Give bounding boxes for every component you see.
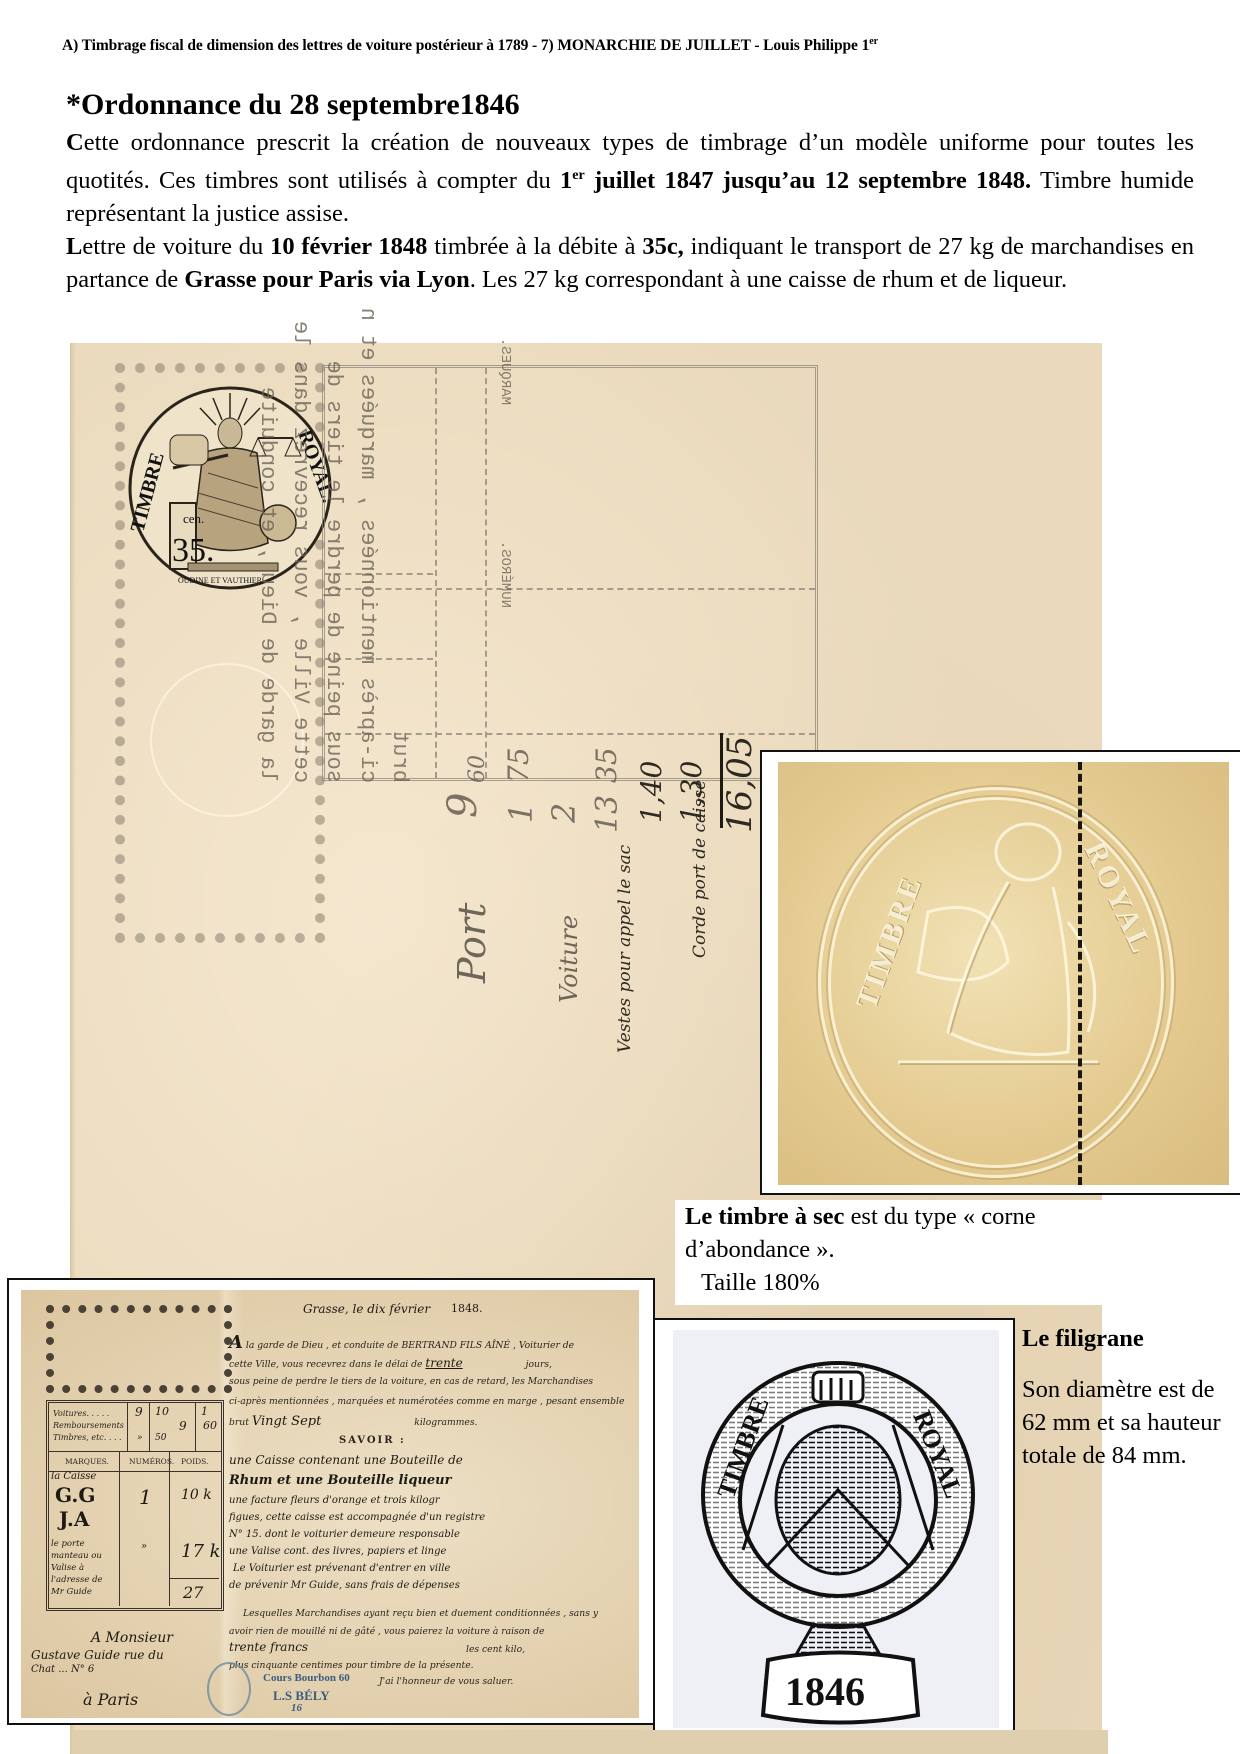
goods-line: Le Voiturier est prévenant d'entrer en v…	[233, 1563, 450, 1574]
date-start: 1er juillet 1847 jusqu’au 12 septembre 1…	[560, 167, 1031, 194]
page-title: *Ordonnance du 28 septembre1846	[66, 88, 520, 122]
body-line: sous peine de perdre le tiers de la voit…	[229, 1376, 593, 1387]
rate-unit: les cent kilo,	[466, 1644, 525, 1655]
reverse-grid-table	[322, 365, 818, 781]
hand-figure: 13	[590, 795, 625, 833]
charge-value: »	[137, 1433, 143, 1443]
body-line: cette Ville, vous recevrez dans le délai…	[229, 1356, 552, 1370]
goods-line: N° 15. dont le voiturier demeure respons…	[229, 1529, 460, 1540]
watermark-caption-text: Son diamètre est de 62 mm et sa hauteur …	[1022, 1373, 1222, 1472]
goods-line: une Valise cont. des livres, papiers et …	[229, 1546, 446, 1557]
charge-total: 60	[203, 1419, 217, 1432]
charge-label: Voitures. . . . .	[53, 1409, 109, 1418]
closing-line: Lesquelles Marchandises ayant reçu bien …	[243, 1608, 598, 1619]
intro-paragraph-1: Cette ordonnance prescrit la création de…	[66, 126, 1194, 230]
salutation: J'ai l'honneur de vous saluer.	[379, 1676, 513, 1687]
goods-line: une facture fleurs d'orange et trois kil…	[229, 1495, 440, 1506]
column-header: POIDS.	[181, 1457, 208, 1466]
header-text: A) Timbrage fiscal de dimension des lett…	[62, 37, 869, 54]
address-line: A Monsieur	[91, 1630, 173, 1646]
caption-bold: Le timbre à sec	[685, 1203, 844, 1230]
svg-text:35.: 35.	[172, 532, 215, 569]
body-line: ci-après mentionnées , marquées et numér…	[229, 1396, 624, 1407]
charges-table: Voitures. . . . . Remboursements . Timbr…	[46, 1400, 224, 1611]
column-header: NUMÉROS.	[129, 1457, 174, 1466]
goods-line: une Caisse contenant une Bouteille de	[229, 1453, 463, 1467]
year: 1848.	[451, 1302, 483, 1315]
caption-size: Taille 180%	[685, 1266, 1105, 1299]
route: Grasse pour Paris via Lyon	[184, 266, 469, 293]
watermark-caption-title: Le filigrane	[1022, 1322, 1222, 1355]
table-line	[169, 1578, 219, 1579]
goods-line: figues, cette caisse est accompagnée d'u…	[229, 1512, 485, 1523]
blue-stamp-line: 16	[291, 1702, 302, 1714]
ornamental-frame	[46, 1305, 232, 1393]
grid-line	[325, 588, 815, 590]
page-header: A) Timbrage fiscal de dimension des lett…	[62, 36, 878, 55]
rate-hand: trente francs	[229, 1640, 308, 1654]
grid-line	[485, 368, 487, 778]
address-line: à Paris	[83, 1690, 138, 1709]
oval-seal-icon	[207, 1662, 251, 1716]
number: »	[141, 1541, 147, 1552]
hand-figure: 35	[590, 747, 623, 783]
mark: G.G	[55, 1483, 95, 1507]
grid-line	[435, 368, 437, 778]
mark: le porte manteau ou Valise à l'adresse d…	[51, 1538, 117, 1598]
hand-figure: 9	[440, 793, 486, 818]
address-line: Gustave Guide rue du	[31, 1648, 164, 1662]
watermark-inset: TIMBRE ROYAL 1846	[653, 1318, 1015, 1746]
stamp-value: 35c,	[642, 233, 684, 260]
hand-figure: 1,40	[635, 761, 668, 823]
letter-front-inset: Voitures. . . . . Remboursements . Timbr…	[7, 1278, 655, 1725]
intro-text: Cette ordonnance prescrit la création de…	[66, 126, 1194, 296]
hand-figure: 60	[465, 755, 490, 783]
hand-figure: 75	[502, 747, 535, 783]
table-line	[127, 1403, 128, 1451]
reverse-line: brut	[387, 730, 412, 783]
reverse-line: cette Ville , vous recevrez dans le	[288, 321, 313, 783]
svg-text:OUDINE ET VAUTHIER: OUDINE ET VAUTHIER	[178, 576, 263, 585]
dropcap: C	[66, 129, 84, 156]
weight: 10 k	[181, 1487, 212, 1503]
hand-figure: 2	[545, 803, 583, 823]
charge-value: 10	[155, 1405, 169, 1418]
text-run: ettre de voiture du	[82, 233, 270, 260]
blue-stamp-line: Cours Bourbon 60	[263, 1672, 350, 1684]
text-run: timbrée à la débite à	[427, 233, 642, 260]
body-line: brut Vingt Sept kilogrammes.	[229, 1414, 477, 1429]
charge-label: Timbres, etc. . . .	[53, 1433, 122, 1442]
reverse-line: ci-après mentionnées , marquées et n	[355, 308, 380, 783]
svg-text:1846: 1846	[785, 1669, 865, 1714]
next-scan-strip	[72, 1730, 1108, 1754]
dry-stamp-photo: TIMBRE ROYAL	[778, 762, 1229, 1185]
mark: J.A	[59, 1507, 89, 1531]
closing-line: plus cinquante centimes pour timbre de l…	[229, 1660, 474, 1671]
text-run: . Les 27 kg correspondant à une caisse d…	[470, 266, 1067, 293]
header-sup: er	[869, 36, 878, 47]
sum-line	[720, 733, 723, 828]
hand-label: Port	[450, 903, 494, 983]
watermark-image: TIMBRE ROYAL 1846	[673, 1330, 999, 1728]
watermark-caption: Le filigrane Son diamètre est de 62 mm e…	[1022, 1322, 1222, 1472]
table-line	[149, 1403, 150, 1451]
ruled-line	[1078, 762, 1082, 1185]
address-line: Chat ... N° 6	[31, 1664, 94, 1675]
charge-value: 50	[155, 1433, 166, 1443]
reverse-line: sous peine de perdre le tiers de	[321, 361, 346, 783]
letter-date: 10 février 1848	[270, 233, 427, 260]
table-line	[195, 1403, 196, 1451]
dropcap: L	[66, 233, 82, 260]
reverse-header-marques: MARQUES.	[497, 338, 513, 405]
closing-line: avoir rien de mouillé ni de gâté , vous …	[229, 1626, 544, 1637]
dry-stamp-caption: Le timbre à sec est du type « corne d’ab…	[675, 1200, 1105, 1305]
weight: 17 k	[181, 1541, 221, 1562]
weight-total: 27	[183, 1583, 203, 1602]
hand-figure: 1	[502, 803, 540, 823]
charge-total: 1	[201, 1405, 208, 1418]
charge-total: 9	[179, 1419, 187, 1433]
goods-line: Rhum et une Bouteille liqueur	[229, 1473, 451, 1488]
mark: la Caisse	[51, 1471, 96, 1482]
body-line: A la garde de Dieu , et conduite de BERT…	[229, 1332, 574, 1353]
table-line	[119, 1451, 120, 1606]
hand-figure: 16,05	[720, 736, 760, 833]
reverse-header-numeros: NUMÉROS.	[497, 541, 513, 608]
intro-paragraph-2: Lettre de voiture du 10 février 1848 tim…	[66, 230, 1194, 296]
svg-text:cen.: cen.	[183, 511, 204, 526]
watermark-filigrane-icon: TIMBRE ROYAL 1846	[673, 1330, 999, 1728]
table-line	[49, 1451, 221, 1452]
hand-label: Corde port de caisse	[690, 780, 710, 958]
column-header: MARQUES.	[65, 1457, 109, 1466]
charge-value: 9	[135, 1405, 143, 1419]
savoir-heading: SAVOIR :	[339, 1435, 406, 1446]
dry-stamp-ghost	[150, 663, 304, 817]
letter-front-scan: Voitures. . . . . Remboursements . Timbr…	[21, 1290, 639, 1718]
hand-label: Vestes pour appel le sac	[615, 845, 635, 1053]
place-date: Grasse, le dix février	[303, 1302, 430, 1316]
charge-label: Remboursements .	[53, 1421, 129, 1430]
goods-line: de prévenir Mr Guide, sans frais de dépe…	[229, 1580, 460, 1591]
dry-stamp-inset: TIMBRE ROYAL	[760, 750, 1240, 1195]
table-line	[169, 1451, 170, 1606]
number: 1	[139, 1485, 152, 1509]
hand-label: Voiture	[555, 915, 583, 1003]
reverse-line: la garde de Dieu , et conduite	[255, 387, 280, 783]
